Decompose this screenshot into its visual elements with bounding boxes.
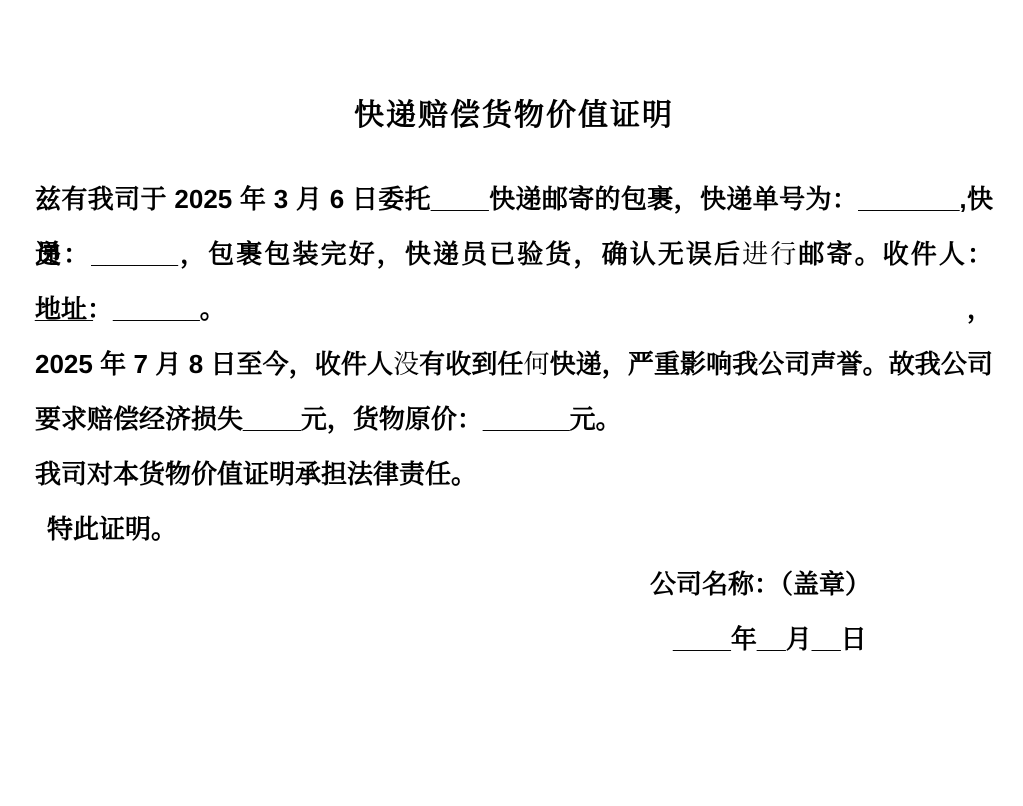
paragraph2-line1-segment3: 有收到任 <box>419 349 523 379</box>
paragraph1-line2-segment1: 员：______，包裹包装完好，快递员已验货，确认无误后 <box>35 239 742 269</box>
paragraph2-line1: 2025 年 7 月 8 日至今，收件人没有收到任何快递，严重影响我公司声誉。故… <box>35 337 993 392</box>
signature-company-seal: 公司名称：（盖章） <box>35 557 993 612</box>
paragraph1-line1: 兹有我司于 2025 年 3 月 6 日委托____快递邮寄的包裹，快递单号为：… <box>35 172 993 227</box>
document-body: 兹有我司于 2025 年 3 月 6 日委托____快递邮寄的包裹，快递单号为：… <box>35 172 993 667</box>
document-title: 快递赔偿货物价值证明 <box>35 98 993 134</box>
certificate-document: 快递赔偿货物价值证明 兹有我司于 2025 年 3 月 6 日委托____快递邮… <box>0 98 1023 667</box>
paragraph2-line1-segment1: 2025 年 7 月 8 日至今，收件人 <box>35 349 393 379</box>
liability-statement: 我司对本货物价值证明承担法律责任。 <box>35 447 993 502</box>
paragraph1-line2: 员：______，包裹包装完好，快递员已验货，确认无误后进行邮寄。收件人：___… <box>35 227 993 282</box>
paragraph1-line2-light-text: 进行 <box>742 240 798 269</box>
paragraph2-line1-light-text1: 没 <box>393 350 419 379</box>
closing-statement: 特此证明。 <box>35 502 993 557</box>
signature-date: ____年__月__日 <box>35 612 993 667</box>
paragraph2-line1-segment5: 快递，严重影响我公司声誉。故我公司 <box>550 349 993 379</box>
paragraph2-line1-light-text2: 何 <box>524 350 550 379</box>
paragraph2-line2: 要求赔偿经济损失____元，货物原价：______元。 <box>35 392 993 447</box>
